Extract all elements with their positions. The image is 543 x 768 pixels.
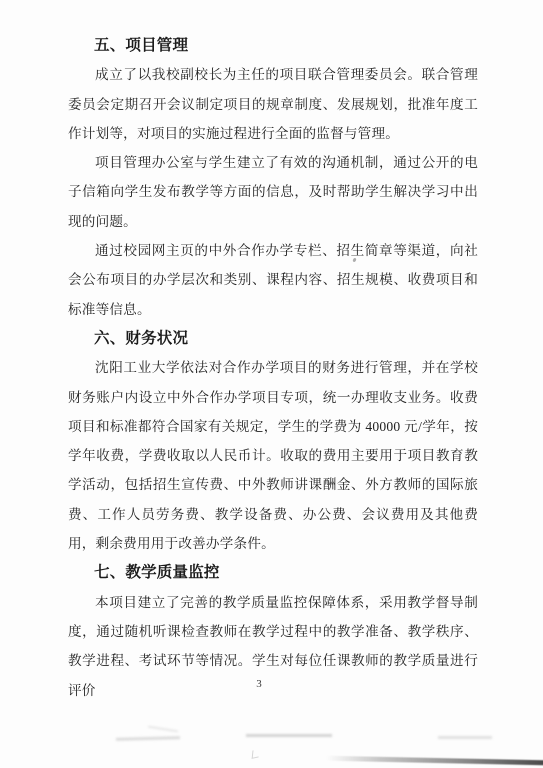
scan-smudge	[148, 726, 178, 733]
section-heading: 七、教学质量监控	[68, 558, 478, 587]
section-heading: 五、项目管理	[68, 31, 478, 60]
scan-tick-mark	[252, 749, 260, 759]
scan-shadow-streak	[326, 756, 543, 766]
paragraph: 沈阳工业大学依法对合作办学项目的财务进行管理，并在学校财务账户内设立中外合作办学…	[68, 353, 478, 558]
scan-smudge	[246, 734, 332, 737]
scan-smudge	[116, 736, 180, 741]
document-body: 五、项目管理 成立了以我校副校长为主任的项目联合管理委员会。联合管理委员会定期召…	[68, 31, 478, 705]
paragraph: 通过校园网主页的中外合作办学专栏、招生简章等渠道，向社会公布项目的办学层次和类别…	[68, 236, 478, 324]
paragraph: 成立了以我校副校长为主任的项目联合管理委员会。联合管理委员会定期召开会议制定项目…	[68, 60, 478, 148]
paragraph: 项目管理办公室与学生建立了有效的沟通机制，通过公开的电子信箱向学生发布教学等方面…	[68, 148, 478, 236]
section-paragraphs: 沈阳工业大学依法对合作办学项目的财务进行管理，并在学校财务账户内设立中外合作办学…	[68, 353, 478, 558]
document-section: 六、财务状况 沈阳工业大学依法对合作办学项目的财务进行管理，并在学校财务账户内设…	[68, 324, 478, 558]
document-page: 五、项目管理 成立了以我校副校长为主任的项目联合管理委员会。联合管理委员会定期召…	[0, 0, 543, 768]
page-number: 3	[0, 678, 518, 690]
section-paragraphs: 成立了以我校副校长为主任的项目联合管理委员会。联合管理委员会定期召开会议制定项目…	[68, 60, 478, 324]
scan-smudge	[438, 736, 492, 739]
section-heading: 六、财务状况	[68, 324, 478, 353]
document-section: 五、项目管理 成立了以我校副校长为主任的项目联合管理委员会。联合管理委员会定期召…	[68, 31, 478, 324]
